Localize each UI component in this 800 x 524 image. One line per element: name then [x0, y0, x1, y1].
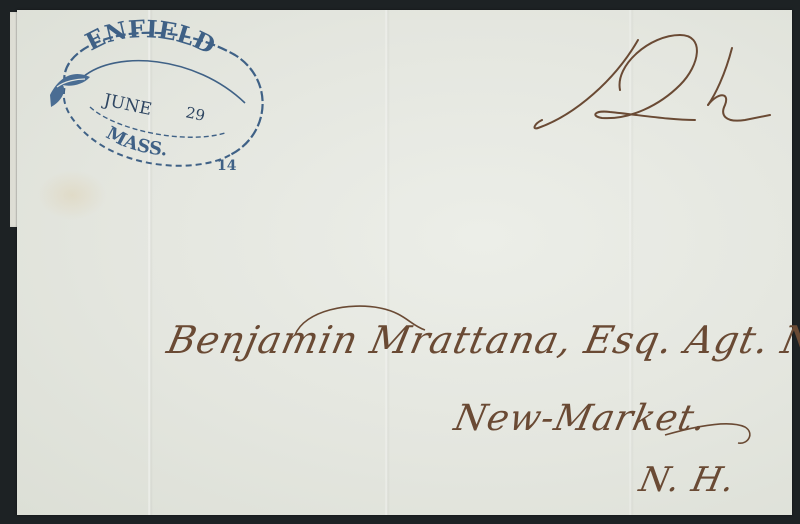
postmark-month: JUNE	[100, 90, 153, 120]
address-line-addressee: Benjamin Mrattana, Esq. Agt. N. Mfg Co.	[163, 318, 800, 362]
enfield-postmark: ENFIELD MASS. JUNE 29 14	[45, 15, 270, 175]
address-line-town: New-Market.	[451, 398, 711, 439]
postmark-day: 29	[184, 103, 206, 125]
postmark-town: ENFIELD	[80, 14, 220, 60]
address-line-state: N. H.	[636, 460, 739, 500]
postage-rate: 12½	[520, 20, 780, 150]
postmark-leaf-ornament-icon	[50, 74, 90, 107]
postmark-state: MASS.	[103, 123, 169, 161]
postmark-extra-mark: 14	[217, 158, 237, 174]
paper-stain	[37, 170, 107, 220]
